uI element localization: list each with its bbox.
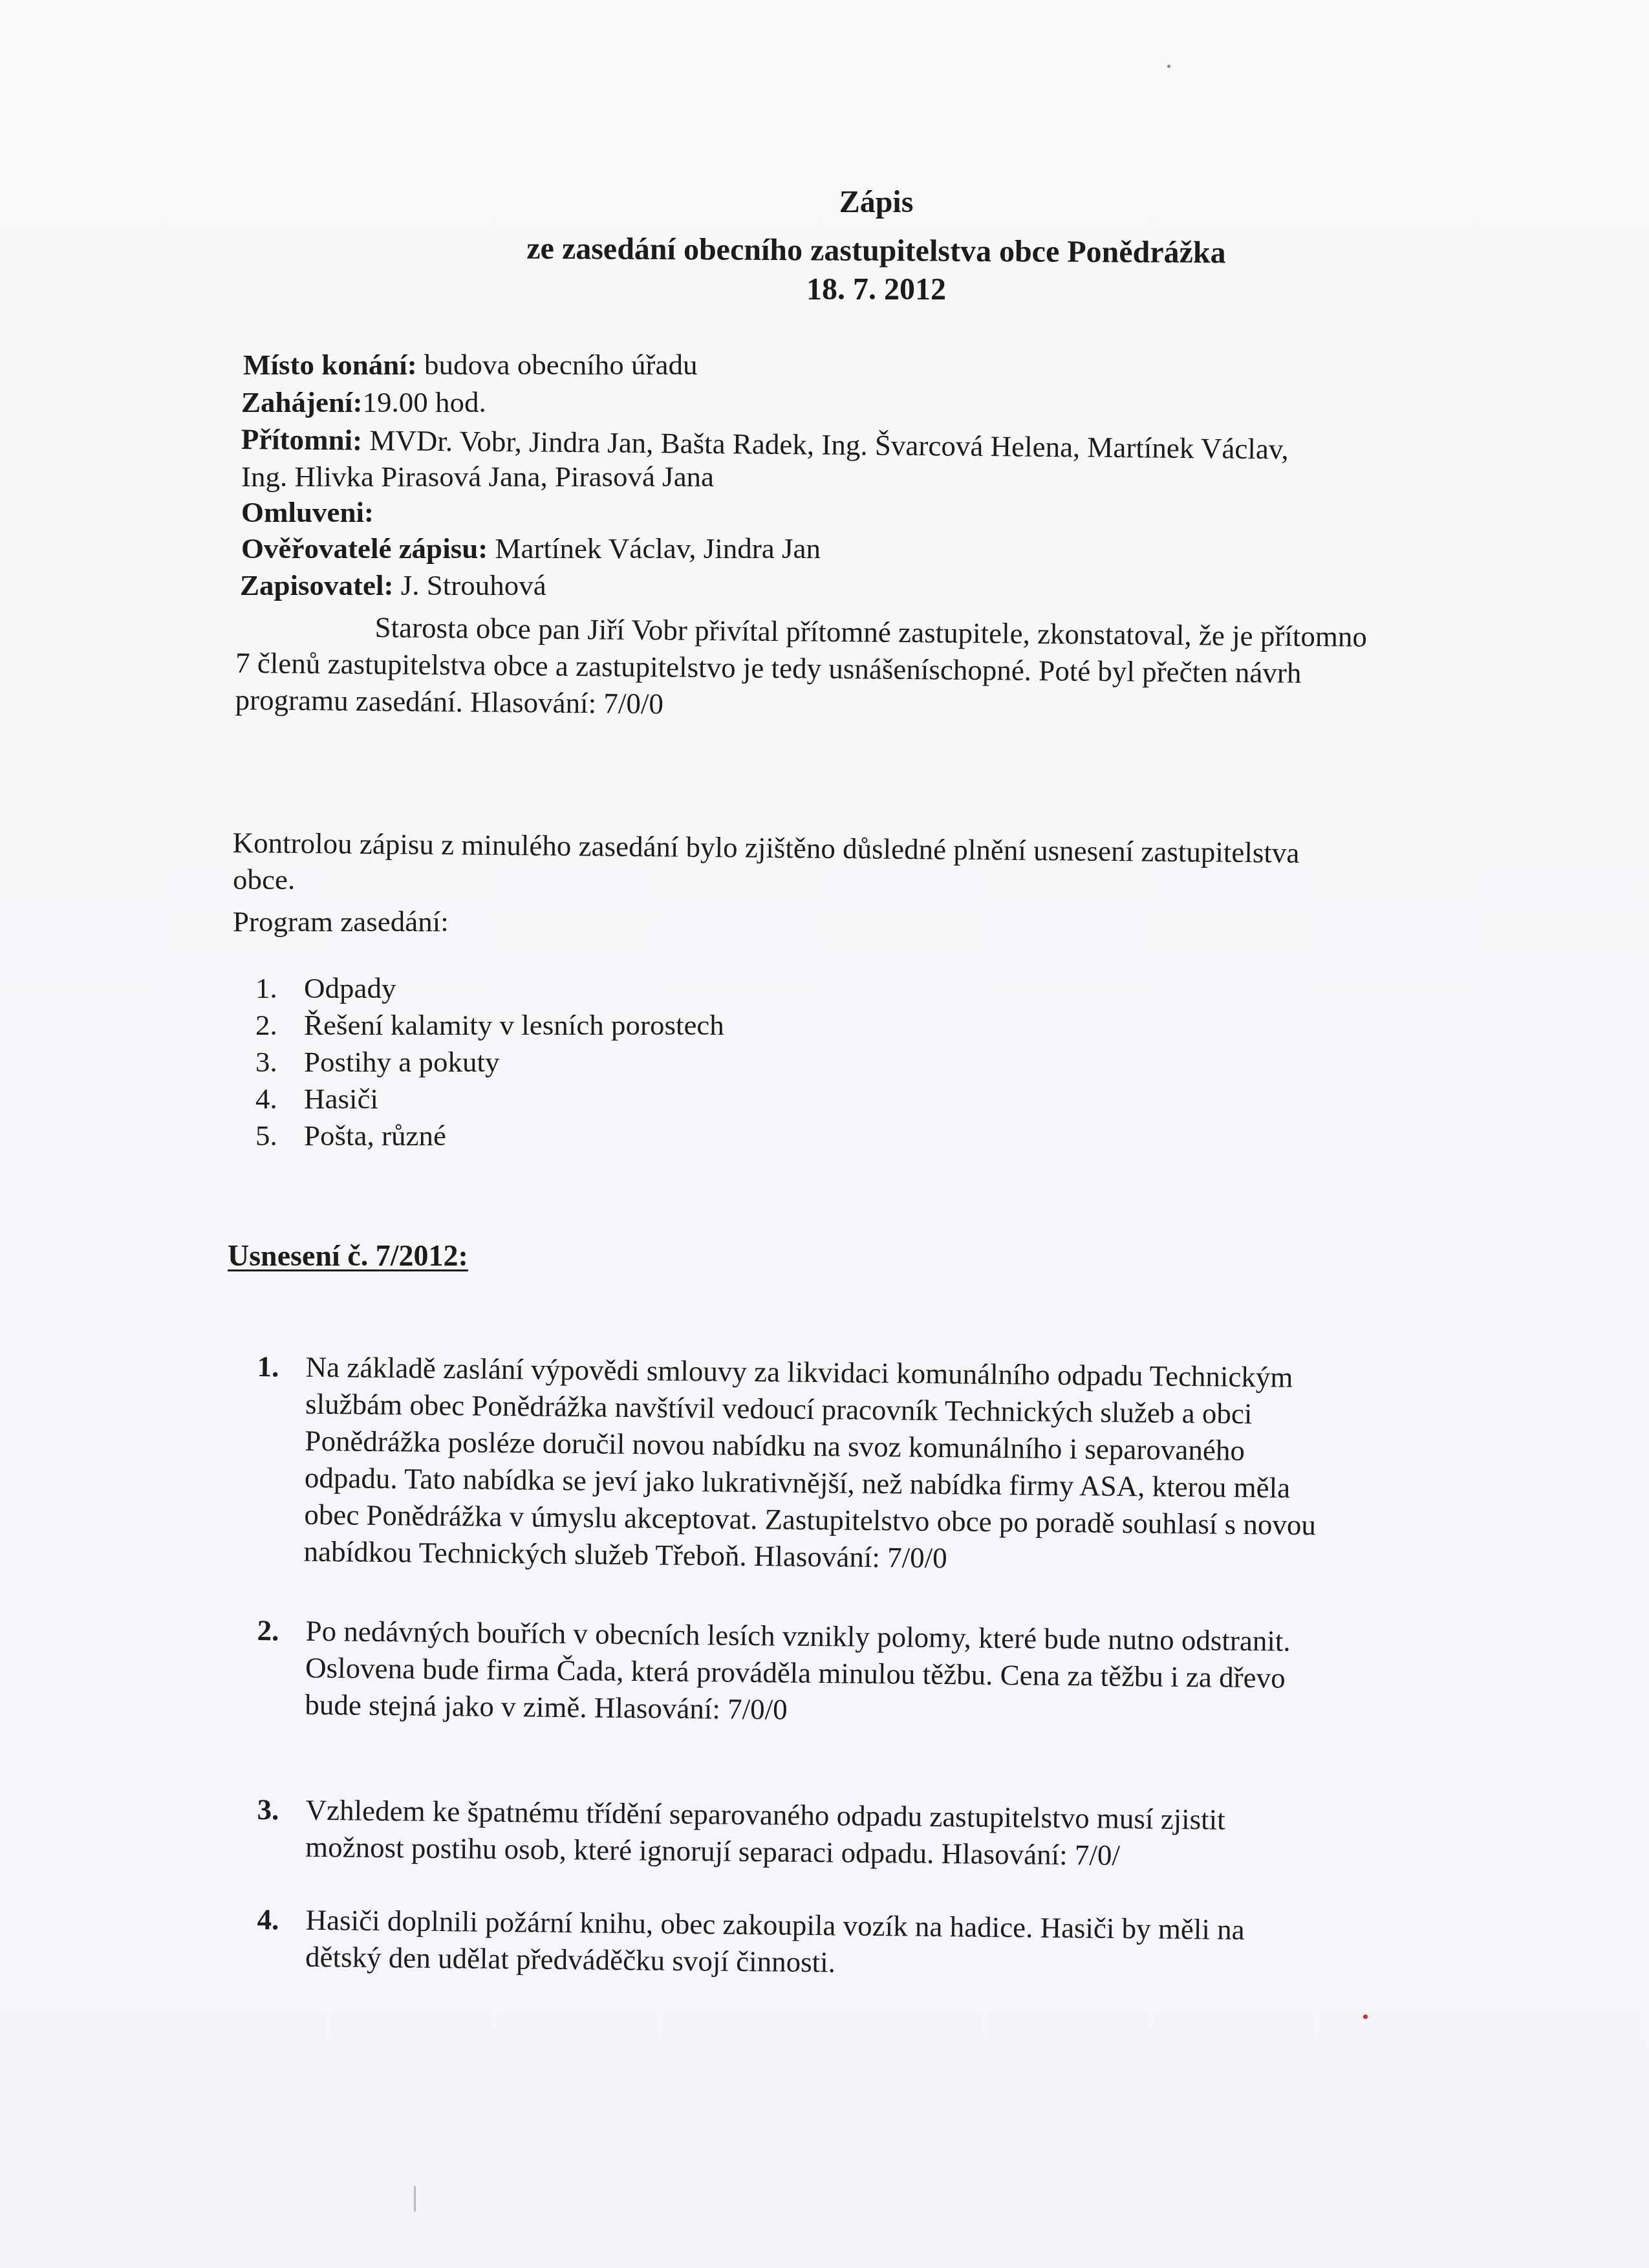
document-subtitle: ze zasedání obecního zastupitelstva obce… (52, 228, 1649, 274)
excused-label: Omluveni: (241, 496, 374, 528)
verifiers-label: Ověřovatelé zápisu: (241, 532, 488, 565)
present-label: Přítomni: (241, 423, 363, 457)
start-label: Zahájení: (241, 386, 363, 418)
program-heading: Program zasedání: (233, 903, 1500, 940)
document-date: 18. 7. 2012 (52, 272, 1649, 307)
program-list: 1.Odpady 2.Řešení kalamity v lesních por… (255, 970, 724, 1154)
scanned-page: Zápis ze zasedání obecního zastupitelstv… (0, 0, 1649, 2268)
excused-row: Omluveni: (241, 498, 374, 527)
present-row: Přítomni: MVDr. Vobr, Jindra Jan, Bašta … (241, 425, 1289, 464)
recorder-row: Zapisovatel: J. Strouhová (240, 571, 546, 600)
resolution-item-4: 4. Hasiči doplnili požární knihu, obec z… (257, 1901, 1425, 1987)
start-row: Zahájení:19.00 hod. (241, 388, 486, 417)
place-value: budova obecního úřadu (417, 349, 698, 381)
place-label: Místo konání: (243, 349, 417, 381)
verifiers-value: Martínek Václav, Jindra Jan (488, 532, 821, 565)
verifiers-row: Ověřovatelé zápisu: Martínek Václav, Jin… (241, 534, 821, 563)
resolution-item-3: 3. Vzhledem ke špatnému třídění separova… (257, 1791, 1425, 1877)
program-item: 1.Odpady (255, 970, 724, 1007)
recorder-label: Zapisovatel: (240, 569, 394, 601)
resolution-heading: Usnesení č. 7/2012: (228, 1238, 468, 1273)
program-item: 4.Hasiči (255, 1081, 724, 1118)
scan-speck (1363, 2014, 1368, 2019)
present-row-cont: Ing. Hlivka Pirasová Jana, Pirasová Jana (241, 462, 714, 491)
control-paragraph: Kontrolou zápisu z minulého zasedání byl… (233, 825, 1500, 940)
resolution-item-2: 2. Po nedávných bouřích v obecních lesíc… (256, 1612, 1425, 1735)
place-row: Místo konání: budova obecního úřadu (243, 351, 697, 380)
scan-speck (1167, 65, 1170, 68)
resolution-item-1: 1. Na základě zaslání výpovědi smlouvy z… (255, 1348, 1424, 1582)
start-value: 19.00 hod. (363, 386, 486, 418)
intro-paragraph: Starosta obce pan Jiří Vobr přivítal pří… (235, 608, 1503, 731)
recorder-value: J. Strouhová (394, 569, 546, 601)
present-value: MVDr. Vobr, Jindra Jan, Bašta Radek, Ing… (362, 424, 1289, 466)
program-item: 3.Postihy a pokuty (255, 1044, 724, 1081)
document-title: Zápis (52, 184, 1649, 220)
scan-speck (414, 2186, 416, 2212)
program-item: 2.Řešení kalamity v lesních porostech (255, 1007, 724, 1044)
program-item: 5.Pošta, různé (255, 1118, 724, 1154)
